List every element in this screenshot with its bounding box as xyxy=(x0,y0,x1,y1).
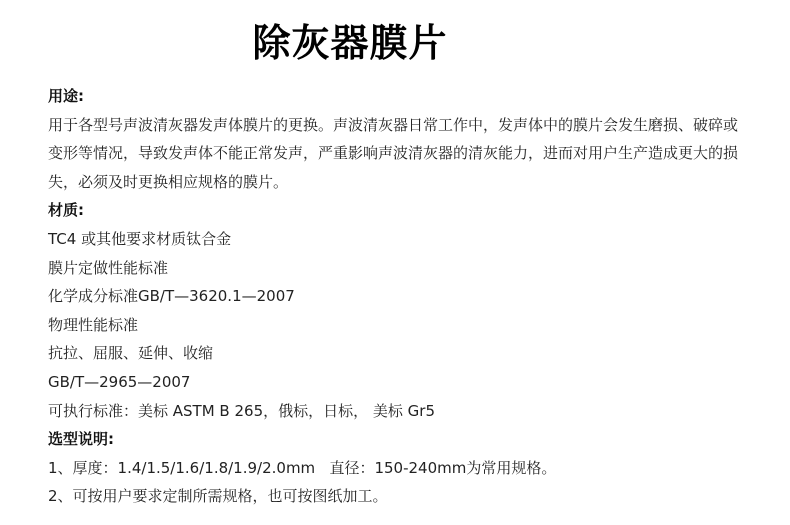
usage-heading: 用途: xyxy=(48,82,778,111)
material-line-6: GB/T—2965—2007 xyxy=(48,368,778,397)
selection-heading: 选型说明: xyxy=(48,425,778,454)
material-line-1: TC4 或其他要求材质钛合金 xyxy=(48,225,778,254)
material-line-4: 物理性能标准 xyxy=(48,311,778,340)
material-line-2: 膜片定做性能标准 xyxy=(48,254,778,283)
selection-line-1: 1、厚度：1.4/1.5/1.6/1.8/1.9/2.0mm 直径：150-24… xyxy=(48,454,778,483)
material-line-3: 化学成分标准GB/T—3620.1—2007 xyxy=(48,282,778,311)
usage-line-1: 用于各型号声波清灰器发声体膜片的更换。声波清灰器日常工作中，发声体中的膜片会发生… xyxy=(48,111,778,140)
product-description: 用途: 用于各型号声波清灰器发声体膜片的更换。声波清灰器日常工作中，发声体中的膜… xyxy=(48,82,778,511)
usage-line-3: 失，必须及时更换相应规格的膜片。 xyxy=(48,168,778,197)
material-heading: 材质: xyxy=(48,196,778,225)
material-line-5: 抗拉、屈服、延伸、收缩 xyxy=(48,339,778,368)
page-title: 除灰器膜片 xyxy=(0,12,700,67)
selection-line-2: 2、可按用户要求定制所需规格，也可按图纸加工。 xyxy=(48,482,778,511)
usage-line-2: 变形等情况，导致发声体不能正常发声，严重影响声波清灰器的清灰能力，进而对用户生产… xyxy=(48,139,778,168)
material-line-7: 可执行标准：美标 ASTM B 265，俄标，日标， 美标 Gr5 xyxy=(48,397,778,426)
